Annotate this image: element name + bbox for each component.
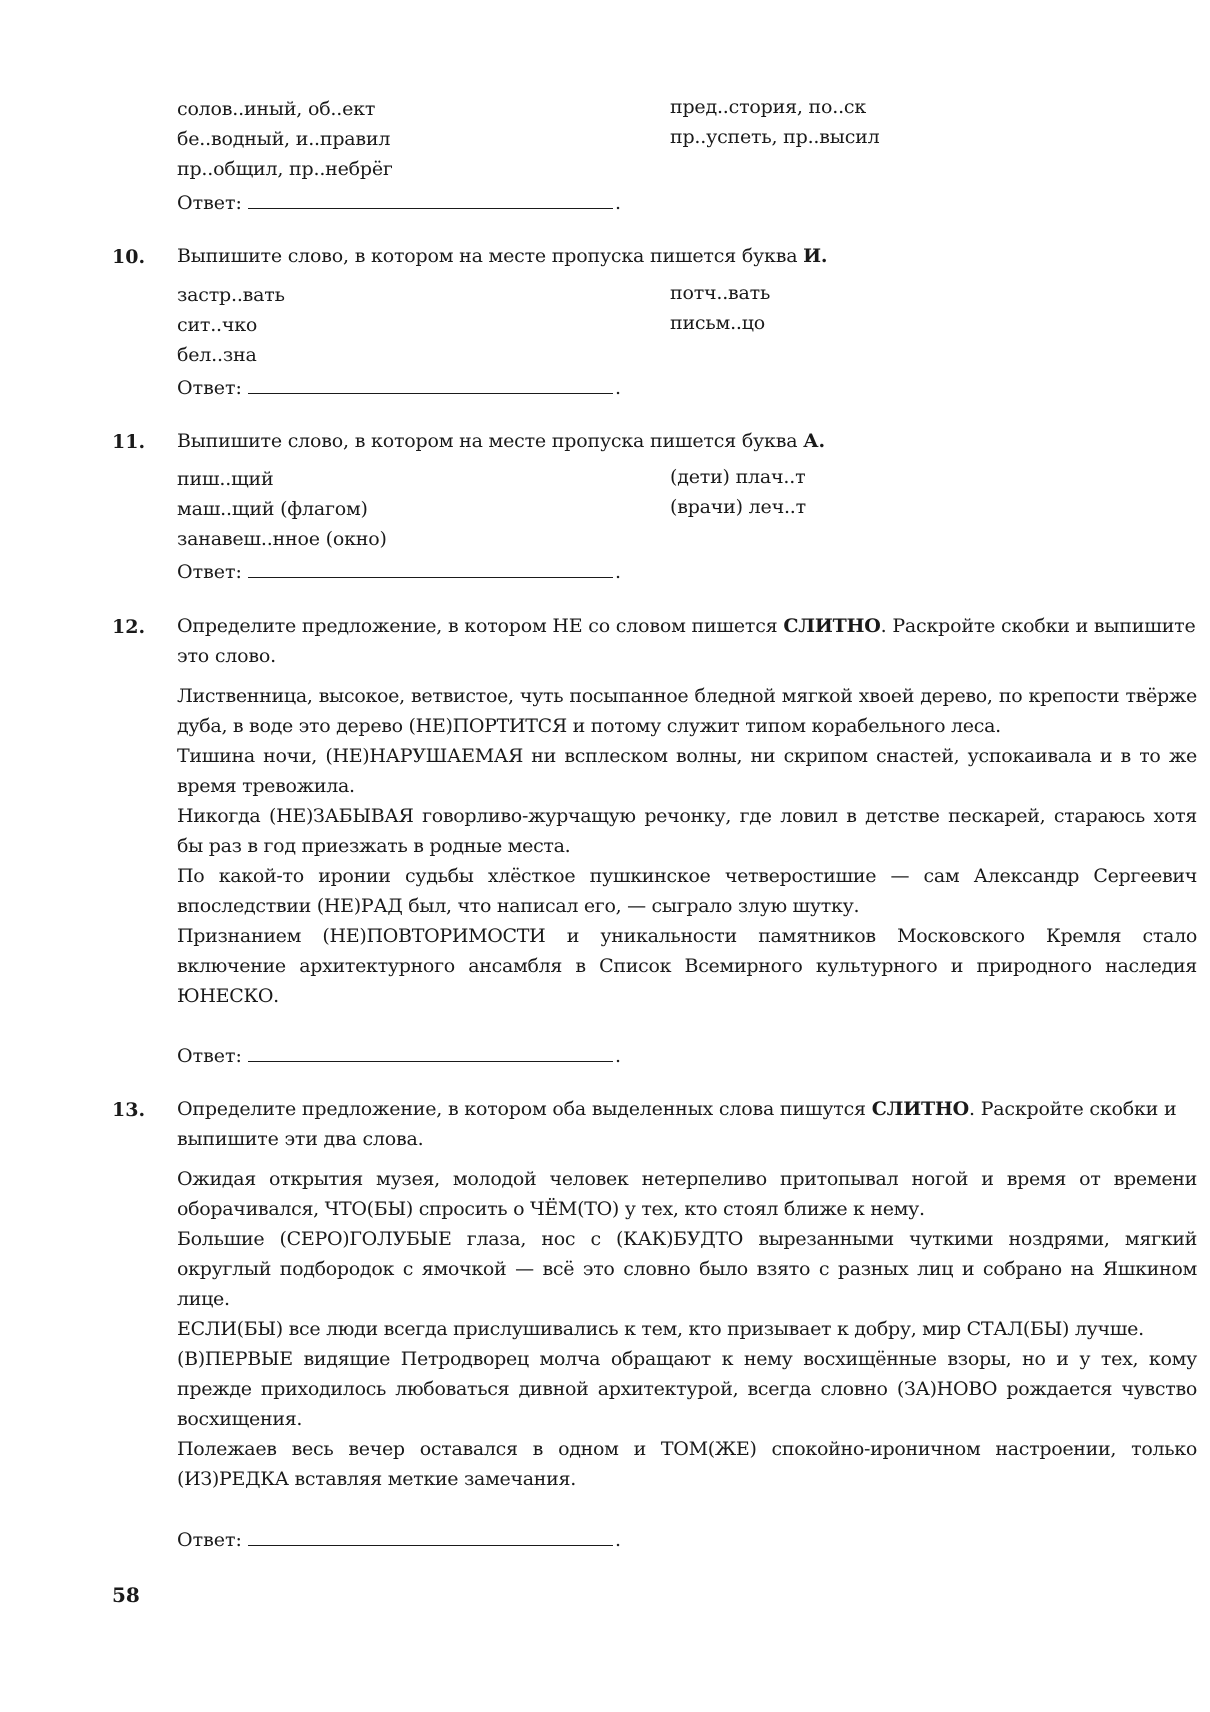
word-item: пр..успеть, пр..высил: [670, 126, 879, 148]
sentence: Ожидая открытия музея, молодой человек н…: [177, 1164, 1197, 1224]
word-item: пиш..щий: [177, 468, 273, 490]
word-item: потч..вать: [670, 282, 770, 304]
word-item: застр..вать: [177, 284, 285, 306]
word-item: пред..стория, по..ск: [670, 96, 866, 118]
answer-label: Ответ:: [177, 561, 242, 583]
answer-label: Ответ:: [177, 377, 242, 399]
question-number: 12.: [112, 616, 145, 638]
sentence: Полежаев весь вечер оставался в одном и …: [177, 1434, 1197, 1494]
word-item: маш..щий (флагом): [177, 498, 368, 520]
word-item: бел..зна: [177, 344, 257, 366]
question-number: 10.: [112, 246, 145, 268]
answer-field-11[interactable]: Ответ:.: [177, 559, 621, 583]
answer-label: Ответ:: [177, 1045, 242, 1067]
sentence: Никогда (НЕ)ЗАБЫВАЯ говорливо-журчащую р…: [177, 801, 1197, 861]
sentence: Тишина ночи, (НЕ)НАРУШАЕМАЯ ни всплеском…: [177, 741, 1197, 801]
word-item: сит..чко: [177, 314, 257, 336]
word-item: бе..водный, и..правил: [177, 128, 390, 150]
answer-field-13[interactable]: Ответ:.: [177, 1527, 621, 1551]
answer-blank[interactable]: [248, 190, 613, 209]
question-number: 11.: [112, 431, 145, 453]
question-prompt: Выпишите слово, в котором на месте пропу…: [177, 426, 1197, 456]
page-number: 58: [112, 1583, 140, 1607]
answer-blank[interactable]: [248, 559, 613, 578]
answer-label: Ответ:: [177, 1529, 242, 1551]
word-item: солов..иный, об..ект: [177, 98, 375, 120]
sentence: (В)ПЕРВЫЕ видящие Петродворец молча обра…: [177, 1344, 1197, 1434]
sentence: По какой-то иронии судьбы хлёсткое пушки…: [177, 861, 1197, 921]
question-prompt: Определите предложение, в котором НЕ со …: [177, 611, 1197, 671]
sentence-list: Лиственница, высокое, ветвистое, чуть по…: [177, 681, 1197, 1011]
word-item: занавеш..нное (окно): [177, 528, 387, 550]
sentence: Признанием (НЕ)ПОВТОРИМОСТИ и уникальнос…: [177, 921, 1197, 1011]
workbook-page: солов..иный, об..ект бе..водный, и..прав…: [0, 0, 1210, 1712]
question-prompt: Определите предложение, в котором оба вы…: [177, 1094, 1197, 1154]
sentence: Большие (СЕРО)ГОЛУБЫЕ глаза, нос с (КАК)…: [177, 1224, 1197, 1314]
question-prompt: Выпишите слово, в котором на месте пропу…: [177, 241, 1197, 271]
word-item: (врачи) леч..т: [670, 496, 806, 518]
sentence: ЕСЛИ(БЫ) все люди всегда прислушивались …: [177, 1314, 1197, 1344]
answer-field-10[interactable]: Ответ:.: [177, 375, 621, 399]
answer-label: Ответ:: [177, 192, 242, 214]
answer-blank[interactable]: [248, 375, 613, 394]
answer-blank[interactable]: [248, 1043, 613, 1062]
sentence: Лиственница, высокое, ветвистое, чуть по…: [177, 681, 1197, 741]
answer-field-9[interactable]: Ответ:.: [177, 190, 621, 214]
word-item: (дети) плач..т: [670, 466, 805, 488]
sentence-list: Ожидая открытия музея, молодой человек н…: [177, 1164, 1197, 1494]
question-number: 13.: [112, 1099, 145, 1121]
word-item: пр..общил, пр..небрёг: [177, 158, 393, 180]
word-item: письм..цо: [670, 312, 765, 334]
answer-blank[interactable]: [248, 1527, 613, 1546]
answer-field-12[interactable]: Ответ:.: [177, 1043, 621, 1067]
